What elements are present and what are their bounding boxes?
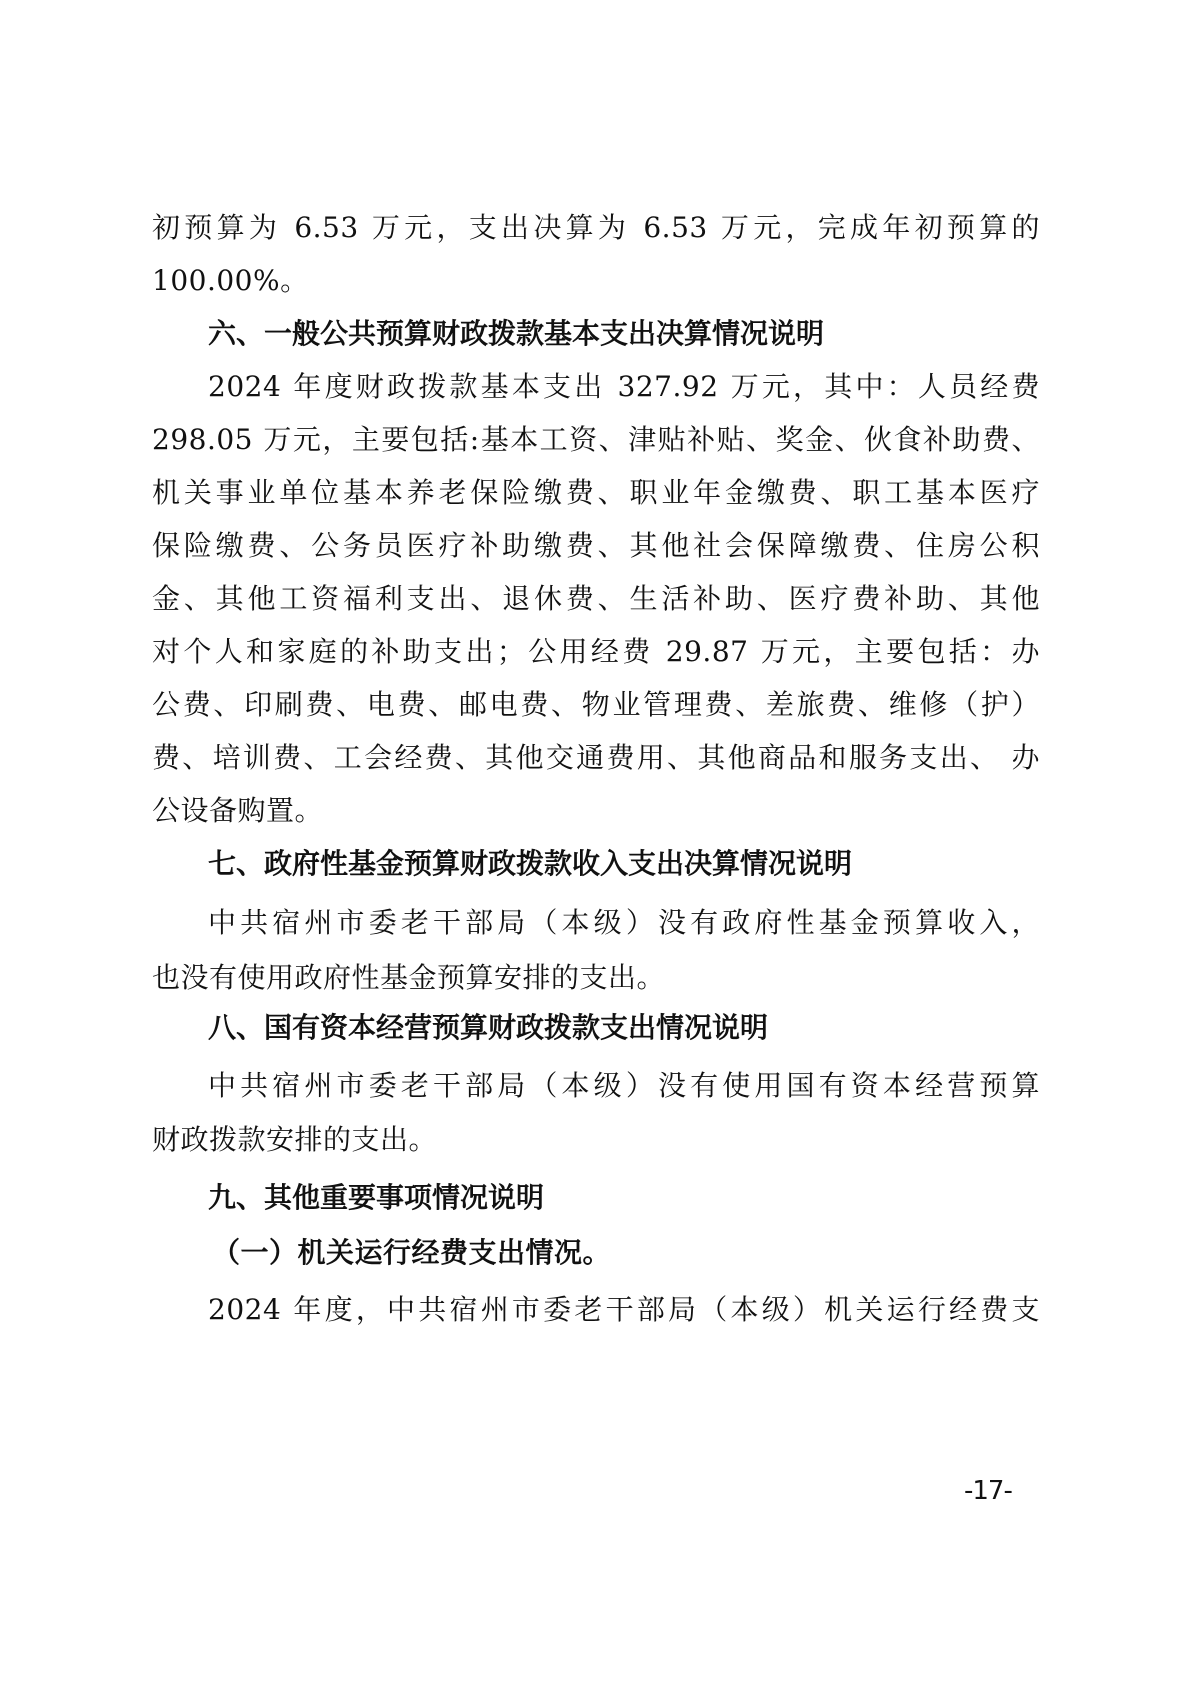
body-text-line: 也没有使用政府性基金预算安排的支出。 bbox=[152, 958, 1040, 998]
section-heading-8: 八、国有资本经营预算财政拨款支出情况说明 bbox=[208, 1008, 1040, 1048]
body-text-line: 中共宿州市委老干部局（本级）没有使用国有资本经营预算 bbox=[208, 1066, 1040, 1106]
body-text-line: 2024 年度，中共宿州市委老干部局（本级）机关运行经费支 bbox=[208, 1290, 1040, 1330]
body-text-line: 298.05 万元，主要包括:基本工资、津贴补贴、奖金、伙食补助费、 bbox=[152, 420, 1040, 460]
section-heading-6: 六、一般公共预算财政拨款基本支出决算情况说明 bbox=[208, 314, 1040, 354]
body-text-line: 金、其他工资福利支出、退休费、生活补助、医疗费补助、其他 bbox=[152, 579, 1040, 619]
page-number: -17- bbox=[964, 1476, 1012, 1506]
body-text-line: 100.00%。 bbox=[152, 261, 1040, 301]
body-text-line: 2024 年度财政拨款基本支出 327.92 万元，其中：人员经费 bbox=[208, 367, 1040, 407]
section-heading-9: 九、其他重要事项情况说明 bbox=[208, 1178, 1040, 1218]
body-text-line: 初预算为 6.53 万元，支出决算为 6.53 万元，完成年初预算的 bbox=[152, 208, 1040, 248]
body-text-line: 费、培训费、工会经费、其他交通费用、其他商品和服务支出、 办 bbox=[152, 738, 1040, 778]
section-heading-7: 七、政府性基金预算财政拨款收入支出决算情况说明 bbox=[208, 844, 1040, 884]
document-page: 初预算为 6.53 万元，支出决算为 6.53 万元，完成年初预算的 100.0… bbox=[0, 0, 1190, 1683]
body-text-line: 公设备购置。 bbox=[152, 791, 1040, 831]
body-text-line: 财政拨款安排的支出。 bbox=[152, 1120, 1040, 1160]
subsection-heading-9-1: （一）机关运行经费支出情况。 bbox=[212, 1233, 1100, 1273]
body-text-line: 保险缴费、公务员医疗补助缴费、其他社会保障缴费、住房公积 bbox=[152, 526, 1040, 566]
body-text-line: 公费、印刷费、电费、邮电费、物业管理费、差旅费、维修（护） bbox=[152, 685, 1040, 725]
body-text-line: 对个人和家庭的补助支出；公用经费 29.87 万元，主要包括：办 bbox=[152, 632, 1040, 672]
body-text-line: 机关事业单位基本养老保险缴费、职业年金缴费、职工基本医疗 bbox=[152, 473, 1040, 513]
body-text-line: 中共宿州市委老干部局（本级）没有政府性基金预算收入， bbox=[208, 903, 1040, 943]
